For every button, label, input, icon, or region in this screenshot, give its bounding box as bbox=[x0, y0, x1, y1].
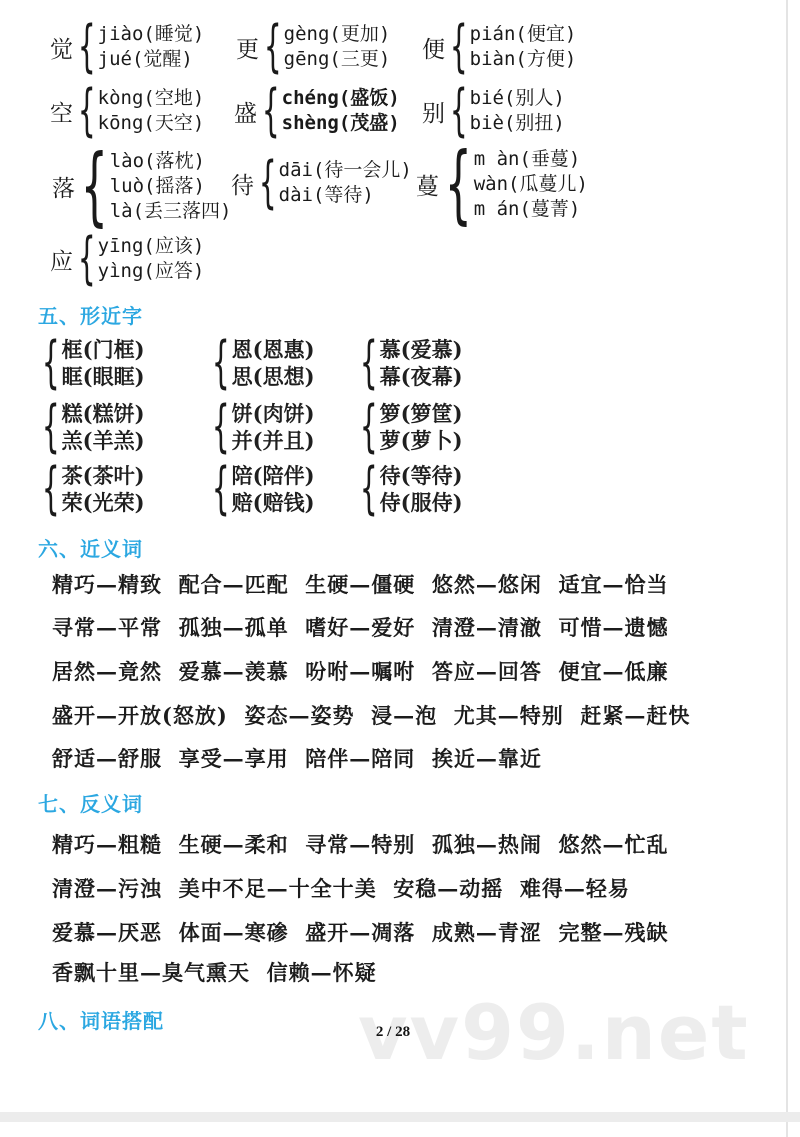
page-gap-strip bbox=[0, 1112, 800, 1122]
synonym-line: 寻常—平常 孤独—孤单 嗜好—爱好 清澄—清澈 可惜—遗憾 bbox=[52, 615, 669, 641]
pair-entry: 框(门框) bbox=[62, 336, 145, 363]
section-title-xingjinzi: 五、形近字 bbox=[38, 300, 143, 329]
pair-entry: 羔(羊羔) bbox=[62, 427, 145, 454]
duoyin-entries: jiào(睡觉) jué(觉醒) bbox=[98, 22, 205, 72]
antonym-line: 爱慕—厌恶 体面—寒碜 盛开—凋落 成熟—青涩 完整—残缺 bbox=[52, 920, 669, 946]
brace-glyph: { bbox=[360, 402, 378, 452]
duoyin-group-dai: 待 { dāi(待一会儿) dài(等待) bbox=[231, 158, 412, 208]
duoyin-group-bian: 便 { pián(便宜) biàn(方便) bbox=[422, 22, 576, 72]
brace-glyph: { bbox=[212, 402, 230, 452]
xingjin-pair: { 饼(肉饼) 并(并且) bbox=[208, 400, 315, 454]
pair-entry: 恩(恩惠) bbox=[232, 336, 315, 363]
antonym-line: 清澄—污浊 美中不足—十全十美 安稳—动摇 难得—轻易 bbox=[52, 876, 630, 902]
pair-entries: 待(等待) 侍(服侍) bbox=[380, 462, 463, 516]
brace-glyph: { bbox=[42, 464, 60, 514]
synonym-line: 居然—竟然 爱慕—羡慕 吩咐—嘱咐 答应—回答 便宜—低廉 bbox=[52, 659, 669, 685]
duoyin-char: 应 bbox=[50, 243, 73, 276]
brace-glyph: { bbox=[259, 158, 277, 208]
duoyin-entry: chéng(盛饭) bbox=[282, 86, 400, 111]
pair-entry: 眶(眼眶) bbox=[62, 363, 145, 390]
duoyin-entry: luò(摇落) bbox=[110, 174, 232, 199]
duoyin-group-jue: 觉 { jiào(睡觉) jué(觉醒) bbox=[50, 22, 204, 72]
xingjin-pair: { 糕(糕饼) 羔(羊羔) bbox=[38, 400, 145, 454]
xingjin-pair: { 待(等待) 侍(服侍) bbox=[356, 462, 463, 516]
pair-entry: 赔(赔钱) bbox=[232, 489, 315, 516]
duoyin-entries: lào(落枕) luò(摇落) là(丢三落四) bbox=[110, 149, 232, 224]
duoyin-entry: yīng(应该) bbox=[98, 234, 205, 259]
brace-glyph: { bbox=[450, 22, 468, 72]
duoyin-entry: gēng(三更) bbox=[284, 47, 391, 72]
duoyin-entry: biàn(方便) bbox=[470, 47, 577, 72]
page-right-edge bbox=[786, 0, 788, 1137]
duoyin-char: 别 bbox=[422, 95, 445, 128]
duoyin-entry: pián(便宜) bbox=[470, 22, 577, 47]
duoyin-entries: m àn(垂蔓) wàn(瓜蔓儿) m án(蔓菁) bbox=[474, 147, 588, 222]
pair-entries: 慕(爱慕) 幕(夜幕) bbox=[380, 336, 463, 390]
brace-glyph: { bbox=[262, 86, 280, 136]
section-title-jinyici: 六、近义词 bbox=[38, 533, 143, 562]
duoyin-entry: dài(等待) bbox=[279, 183, 412, 208]
pair-entries: 糕(糕饼) 羔(羊羔) bbox=[62, 400, 145, 454]
duoyin-entries: pián(便宜) biàn(方便) bbox=[470, 22, 577, 72]
duoyin-entry: shèng(茂盛) bbox=[282, 111, 400, 136]
pair-entry: 萝(萝卜) bbox=[380, 427, 463, 454]
brace-glyph: { bbox=[81, 146, 108, 226]
pair-entry: 荣(光荣) bbox=[62, 489, 145, 516]
duoyin-char: 落 bbox=[52, 170, 75, 203]
pair-entries: 饼(肉饼) 并(并且) bbox=[232, 400, 315, 454]
brace-glyph: { bbox=[360, 464, 378, 514]
document-page: vv99.net 觉 { jiào(睡觉) jué(觉醒) 更 { gèng(更… bbox=[0, 0, 800, 1137]
antonym-line: 精巧—粗糙 生硬—柔和 寻常—特别 孤独—热闹 悠然—忙乱 bbox=[52, 832, 669, 858]
brace-glyph: { bbox=[78, 22, 96, 72]
duoyin-group-man: 蔓 { m àn(垂蔓) wàn(瓜蔓儿) m án(蔓菁) bbox=[416, 144, 588, 224]
duoyin-char: 蔓 bbox=[416, 168, 439, 201]
xingjin-pair: { 茶(茶叶) 荣(光荣) bbox=[38, 462, 145, 516]
duoyin-char: 待 bbox=[231, 167, 254, 200]
antonym-line: 香飘十里—臭气熏天 信赖—怀疑 bbox=[52, 960, 377, 986]
duoyin-entry: kōng(天空) bbox=[98, 111, 205, 136]
duoyin-char: 更 bbox=[236, 31, 259, 64]
pair-entry: 并(并且) bbox=[232, 427, 315, 454]
duoyin-entries: bié(别人) biè(别扭) bbox=[470, 86, 565, 136]
duoyin-entries: yīng(应该) yìng(应答) bbox=[98, 234, 205, 284]
duoyin-entry: wàn(瓜蔓儿) bbox=[474, 172, 588, 197]
section-title-fanyici: 七、反义词 bbox=[38, 788, 143, 817]
brace-glyph: { bbox=[42, 402, 60, 452]
duoyin-group-geng: 更 { gèng(更加) gēng(三更) bbox=[236, 22, 390, 72]
duoyin-entries: gèng(更加) gēng(三更) bbox=[284, 22, 391, 72]
duoyin-entry: lào(落枕) bbox=[110, 149, 232, 174]
synonym-line: 舒适—舒服 享受—享用 陪伴—陪同 挨近—靠近 bbox=[52, 746, 542, 772]
duoyin-entry: m án(蔓菁) bbox=[474, 197, 588, 222]
duoyin-group-sheng: 盛 { chéng(盛饭) shèng(茂盛) bbox=[234, 86, 400, 136]
duoyin-char: 便 bbox=[422, 31, 445, 64]
duoyin-entries: chéng(盛饭) shèng(茂盛) bbox=[282, 86, 400, 136]
duoyin-group-luo: 落 { lào(落枕) luò(摇落) là(丢三落四) bbox=[52, 146, 231, 226]
duoyin-char: 空 bbox=[50, 95, 73, 128]
pair-entry: 思(思想) bbox=[232, 363, 315, 390]
xingjin-pair: { 陪(陪伴) 赔(赔钱) bbox=[208, 462, 315, 516]
synonym-line: 盛开—开放(怒放) 姿态—姿势 浸—泡 尤其—特别 赶紧—赶快 bbox=[52, 703, 690, 729]
duoyin-entries: kòng(空地) kōng(天空) bbox=[98, 86, 205, 136]
duoyin-entry: gèng(更加) bbox=[284, 22, 391, 47]
brace-glyph: { bbox=[78, 234, 96, 284]
duoyin-group-ying: 应 { yīng(应该) yìng(应答) bbox=[50, 234, 204, 284]
pair-entries: 箩(箩筐) 萝(萝卜) bbox=[380, 400, 463, 454]
pair-entry: 慕(爱慕) bbox=[380, 336, 463, 363]
pair-entries: 茶(茶叶) 荣(光荣) bbox=[62, 462, 145, 516]
brace-glyph: { bbox=[450, 86, 468, 136]
pair-entries: 恩(恩惠) 思(思想) bbox=[232, 336, 315, 390]
brace-glyph: { bbox=[360, 338, 378, 388]
duoyin-entry: jué(觉醒) bbox=[98, 47, 205, 72]
duoyin-char: 觉 bbox=[50, 31, 73, 64]
xingjin-pair: { 箩(箩筐) 萝(萝卜) bbox=[356, 400, 463, 454]
brace-glyph: { bbox=[445, 144, 472, 224]
pair-entry: 糕(糕饼) bbox=[62, 400, 145, 427]
duoyin-entry: dāi(待一会儿) bbox=[279, 158, 412, 183]
duoyin-group-kong: 空 { kòng(空地) kōng(天空) bbox=[50, 86, 204, 136]
duoyin-entry: biè(别扭) bbox=[470, 111, 565, 136]
brace-glyph: { bbox=[212, 338, 230, 388]
duoyin-entry: yìng(应答) bbox=[98, 259, 205, 284]
duoyin-entry: kòng(空地) bbox=[98, 86, 205, 111]
pair-entry: 箩(箩筐) bbox=[380, 400, 463, 427]
brace-glyph: { bbox=[264, 22, 282, 72]
pair-entry: 饼(肉饼) bbox=[232, 400, 315, 427]
xingjin-pair: { 框(门框) 眶(眼眶) bbox=[38, 336, 145, 390]
duoyin-entry: jiào(睡觉) bbox=[98, 22, 205, 47]
duoyin-entries: dāi(待一会儿) dài(等待) bbox=[279, 158, 412, 208]
duoyin-entry: m àn(垂蔓) bbox=[474, 147, 588, 172]
brace-glyph: { bbox=[78, 86, 96, 136]
pair-entries: 陪(陪伴) 赔(赔钱) bbox=[232, 462, 315, 516]
pair-entry: 侍(服侍) bbox=[380, 489, 463, 516]
brace-glyph: { bbox=[42, 338, 60, 388]
duoyin-char: 盛 bbox=[234, 95, 257, 128]
page-number: 2 / 28 bbox=[0, 1024, 786, 1041]
duoyin-entry: là(丢三落四) bbox=[110, 199, 232, 224]
synonym-line: 精巧—精致 配合—匹配 生硬—僵硬 悠然—悠闲 适宜—恰当 bbox=[52, 572, 669, 598]
xingjin-pair: { 慕(爱慕) 幕(夜幕) bbox=[356, 336, 463, 390]
pair-entry: 待(等待) bbox=[380, 462, 463, 489]
xingjin-pair: { 恩(恩惠) 思(思想) bbox=[208, 336, 315, 390]
duoyin-entry: bié(别人) bbox=[470, 86, 565, 111]
brace-glyph: { bbox=[212, 464, 230, 514]
pair-entry: 茶(茶叶) bbox=[62, 462, 145, 489]
duoyin-group-bie: 别 { bié(别人) biè(别扭) bbox=[422, 86, 565, 136]
pair-entries: 框(门框) 眶(眼眶) bbox=[62, 336, 145, 390]
pair-entry: 陪(陪伴) bbox=[232, 462, 315, 489]
pair-entry: 幕(夜幕) bbox=[380, 363, 463, 390]
